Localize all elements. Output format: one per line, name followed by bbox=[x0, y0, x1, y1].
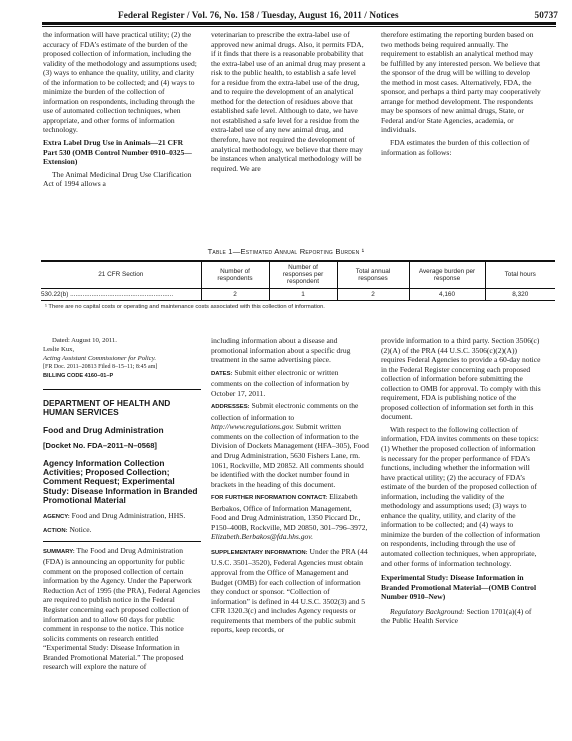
header-title: Federal Register / Vol. 76, No. 158 / Tu… bbox=[118, 10, 399, 20]
paragraph: veterinarian to prescribe the extra-labe… bbox=[211, 30, 366, 173]
bottom-column-3: provide information to a third party. Se… bbox=[381, 336, 541, 626]
section-heading: Experimental Study: Disease Information … bbox=[381, 573, 541, 602]
separator-rule bbox=[43, 389, 201, 390]
paragraph: FDA estimates the burden of this collect… bbox=[381, 138, 541, 157]
contact-email-link[interactable]: Elizabeth.Berbakos@fda.hhs.gov. bbox=[211, 532, 313, 541]
paragraph: therefore estimating the reporting burde… bbox=[381, 30, 541, 135]
separator-rule bbox=[43, 541, 201, 542]
table-cell: 8,320 bbox=[485, 288, 555, 300]
table-footnote: ¹ There are no capital costs or operatin… bbox=[45, 304, 325, 310]
regulatory-background-label: Regulatory Background: bbox=[390, 607, 465, 616]
bottom-column-1: Dated: August 10, 2011. Leslie Kux, Acti… bbox=[43, 336, 201, 672]
paragraph: the information will have practical util… bbox=[43, 30, 198, 135]
agency-name: Food and Drug Administration bbox=[43, 426, 201, 435]
table-cell: 2 bbox=[337, 288, 409, 300]
paragraph: provide information to a third party. Se… bbox=[381, 336, 541, 422]
addresses-text-continued: Submit written comments on the collectio… bbox=[211, 422, 369, 488]
signer-title: Acting Assistant Commissioner for Policy… bbox=[43, 354, 201, 363]
agency-text: Food and Drug Administration, HHS. bbox=[72, 511, 186, 520]
dates-label: DATES: bbox=[211, 371, 233, 377]
page-number: 50737 bbox=[535, 10, 558, 20]
table-cell: 4,160 bbox=[409, 288, 485, 300]
notice-title: Agency Information Collection Activities… bbox=[43, 459, 201, 506]
column-header: Total hours bbox=[485, 261, 555, 288]
burden-table: 21 CFR Section Number of respondents Num… bbox=[41, 260, 555, 301]
summary-label: SUMMARY: bbox=[43, 549, 75, 555]
action-label: ACTION: bbox=[43, 528, 68, 534]
table-cell: 2 bbox=[201, 288, 269, 300]
table-cell: 530.22(b) ..............................… bbox=[41, 288, 201, 300]
fr-doc-line: [FR Doc. 2011–20813 Filed 8–15–11; 8:45 … bbox=[43, 363, 201, 372]
billing-code: BILLING CODE 4160–01–P bbox=[43, 372, 201, 381]
supplementary-text: Under the PRA (44 U.S.C. 3501–3520), Fed… bbox=[211, 547, 368, 634]
table-title: Table 1—Estimated Annual Reporting Burde… bbox=[0, 247, 572, 256]
action-text: Notice. bbox=[69, 525, 91, 534]
table-cell: 1 bbox=[269, 288, 337, 300]
department-heading: DEPARTMENT OF HEALTH AND HUMAN SERVICES bbox=[43, 399, 201, 418]
bottom-column-2: including information about a disease an… bbox=[211, 336, 369, 635]
table-row: 530.22(b) ..............................… bbox=[41, 288, 555, 300]
docket-number: [Docket No. FDA–2011–N–0568] bbox=[43, 441, 201, 450]
top-column-3: therefore estimating the reporting burde… bbox=[381, 30, 541, 157]
signer-name: Leslie Kux, bbox=[43, 345, 201, 354]
supplementary-label: SUPPLEMENTARY INFORMATION: bbox=[211, 550, 308, 556]
top-column-1: the information will have practical util… bbox=[43, 30, 198, 189]
addresses-label: ADDRESSES: bbox=[211, 404, 250, 410]
table-header-row: 21 CFR Section Number of respondents Num… bbox=[41, 261, 555, 288]
column-header: Number of respondents bbox=[201, 261, 269, 288]
section-heading: Extra Label Drug Use in Animals—21 CFR P… bbox=[43, 138, 198, 167]
column-header: Average burden per response bbox=[409, 261, 485, 288]
paragraph: With respect to the following collection… bbox=[381, 425, 541, 568]
header-rule-thick bbox=[42, 22, 556, 25]
column-header: Number of responses per respondent bbox=[269, 261, 337, 288]
top-column-2: veterinarian to prescribe the extra-labe… bbox=[211, 30, 366, 173]
page-header: Federal Register / Vol. 76, No. 158 / Tu… bbox=[42, 2, 560, 20]
header-rule-thin bbox=[42, 26, 556, 27]
agency-label: AGENCY: bbox=[43, 514, 70, 520]
summary-text: The Food and Drug Administration (FDA) i… bbox=[43, 546, 200, 672]
column-header: 21 CFR Section bbox=[41, 261, 201, 288]
paragraph: The Animal Medicinal Drug Use Clarificat… bbox=[43, 170, 198, 189]
contact-label: FOR FURTHER INFORMATION CONTACT: bbox=[211, 495, 327, 501]
paragraph: including information about a disease an… bbox=[211, 336, 369, 365]
regulations-link[interactable]: http://www.regulations.gov. bbox=[211, 422, 294, 431]
column-header: Total annual responses bbox=[337, 261, 409, 288]
dated-line: Dated: August 10, 2011. bbox=[43, 336, 201, 345]
